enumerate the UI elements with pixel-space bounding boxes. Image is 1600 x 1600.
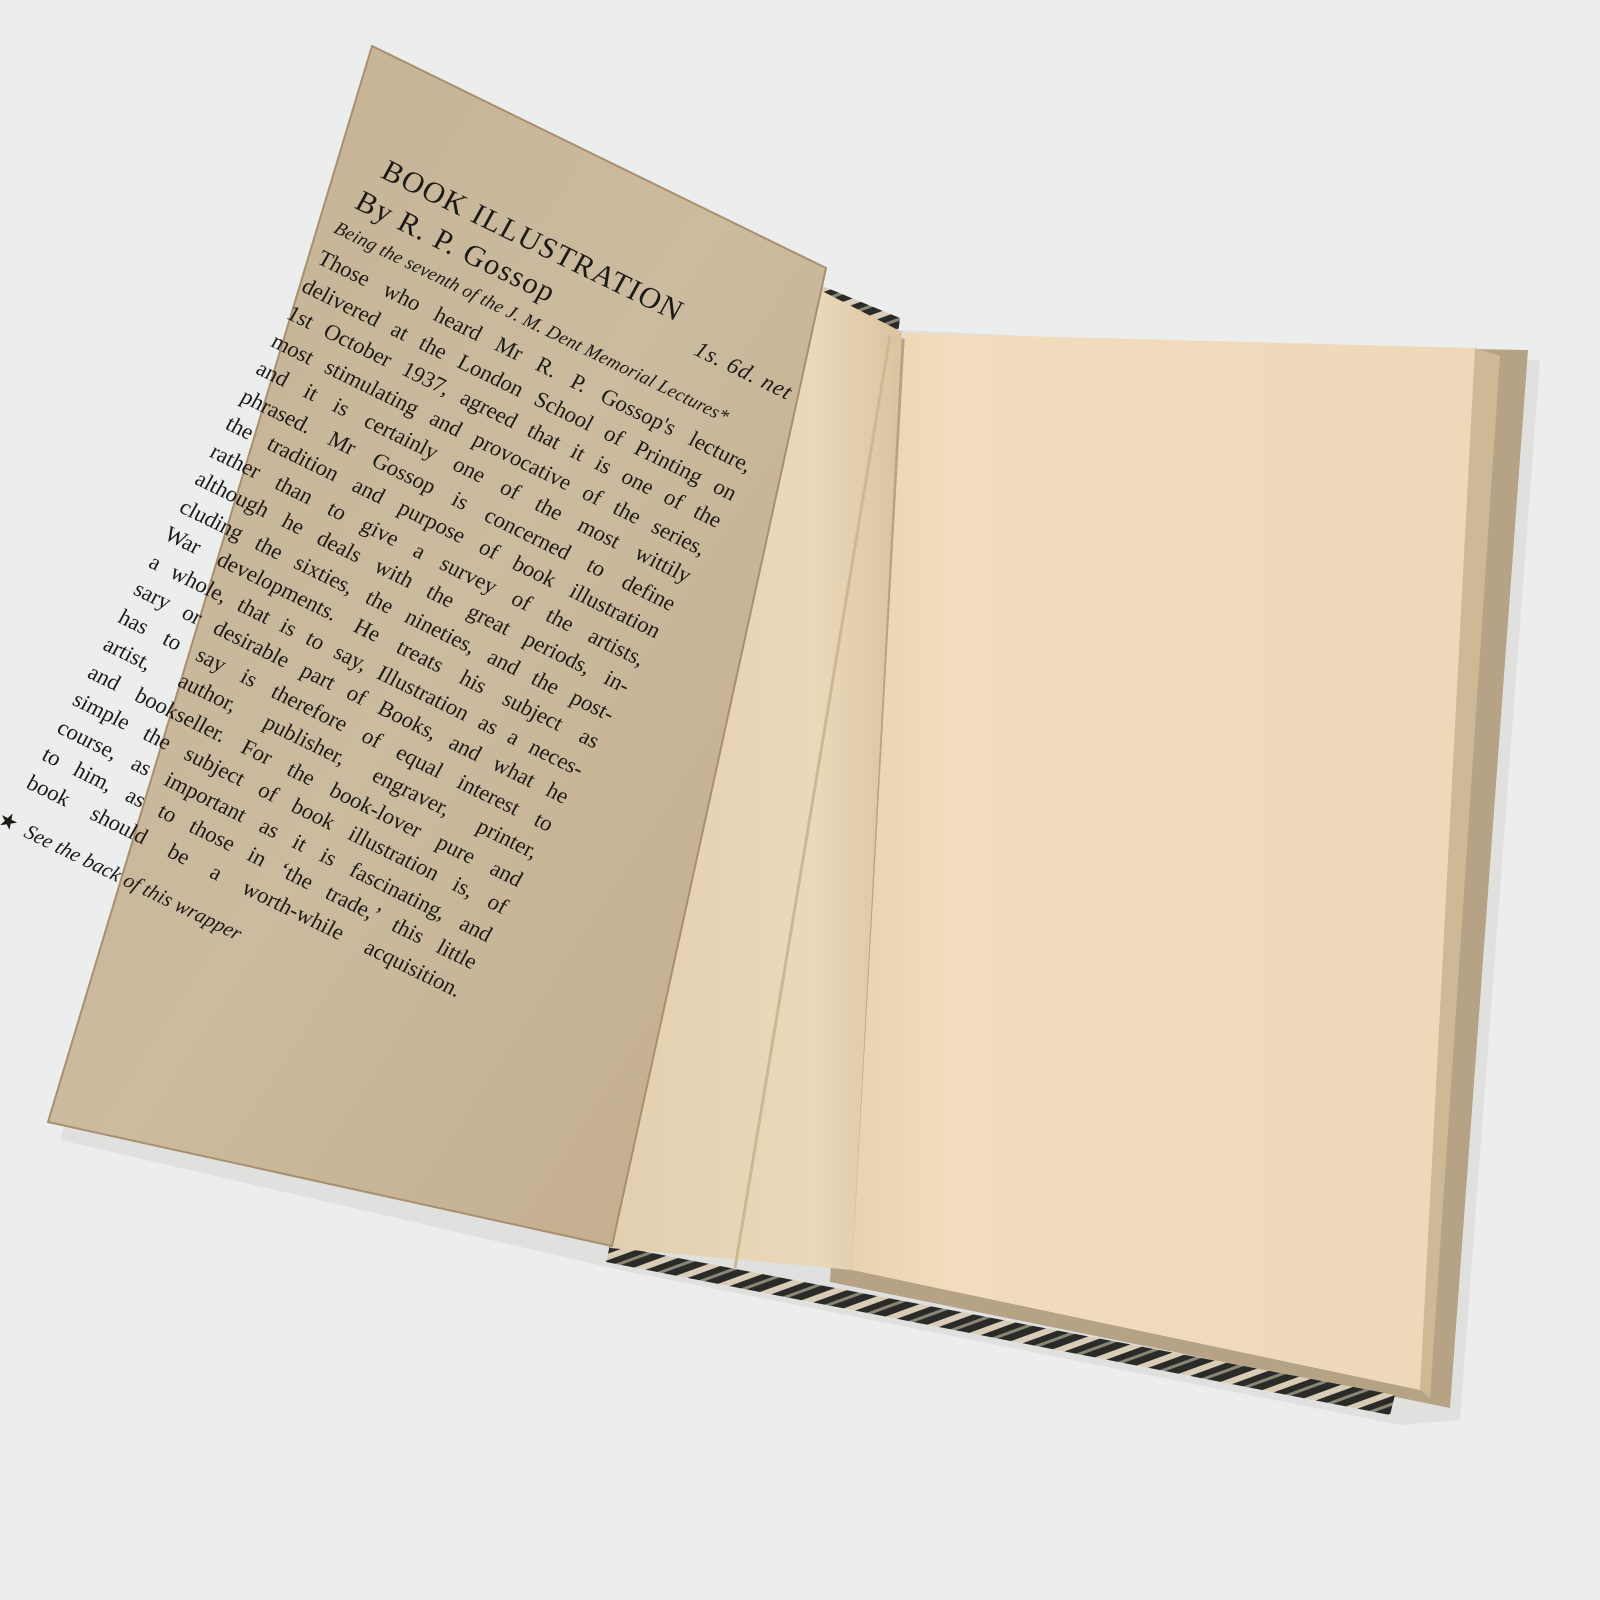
book-photo: BOOK ILLUSTRATION 1s. 6d. net By R. P. G… (0, 0, 1600, 1600)
endpaper-right-page (852, 333, 1475, 1390)
